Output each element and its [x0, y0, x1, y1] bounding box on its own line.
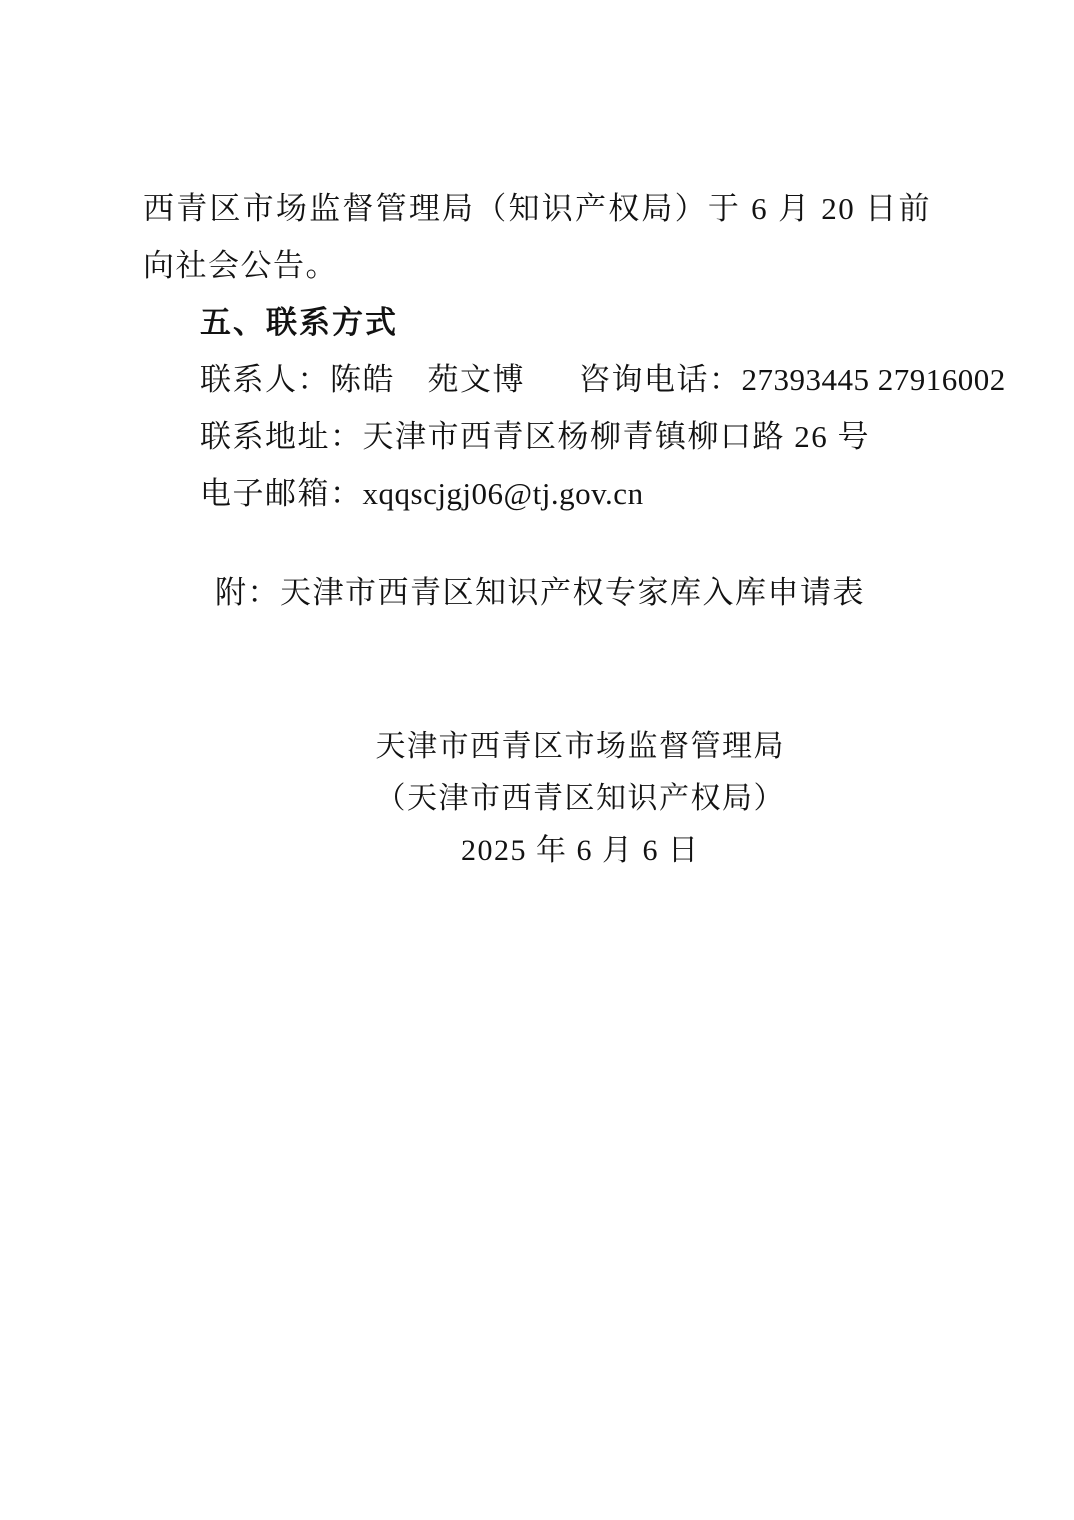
- document-content: 西青区市场监督管理局（知识产权局）于 6 月 20 日前向社会公告。 五、联系方…: [0, 0, 1074, 877]
- contact-person-names: 陈皓 苑文博: [330, 362, 525, 397]
- contact-address-line: 联系地址：天津市西青区杨柳青镇柳口路 26 号: [200, 408, 931, 465]
- email-label: 电子邮箱：: [200, 476, 363, 511]
- contact-email-line: 电子邮箱：xqqscjgj06@tj.gov.cn: [200, 465, 931, 522]
- intro-paragraph: 西青区市场监督管理局（知识产权局）于 6 月 20 日前向社会公告。: [143, 180, 931, 294]
- contact-person-line: 联系人：陈皓 苑文博咨询电话：27393445 27916002: [200, 351, 931, 408]
- phone-label: 咨询电话：: [579, 362, 742, 397]
- document-page: 西青区市场监督管理局（知识产权局）于 6 月 20 日前向社会公告。 五、联系方…: [0, 0, 1074, 1520]
- signature-block: 天津市西青区市场监督管理局 （天津市西青区知识产权局） 2025 年 6 月 6…: [376, 721, 786, 877]
- signature-date: 2025 年 6 月 6 日: [376, 825, 786, 877]
- address-label: 联系地址：: [200, 419, 363, 454]
- section-heading-contact-info: 五、联系方式: [200, 294, 931, 351]
- phone-numbers: 27393445 27916002: [742, 362, 1006, 397]
- contact-person-label: 联系人：: [200, 362, 330, 397]
- attachment-line: 附：天津市西青区知识产权专家库入库申请表: [215, 564, 931, 621]
- signature-org-name: 天津市西青区市场监督管理局: [376, 721, 786, 773]
- address-value: 天津市西青区杨柳青镇柳口路 26 号: [363, 419, 871, 454]
- signature-org-alt-name: （天津市西青区知识产权局）: [376, 773, 786, 825]
- email-value: xqqscjgj06@tj.gov.cn: [363, 476, 644, 511]
